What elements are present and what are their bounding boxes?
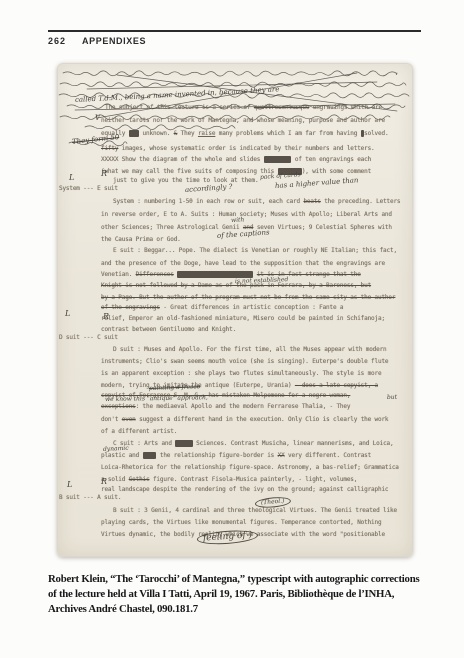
handwritten-annotation: L: [69, 173, 74, 182]
typescript-line: and the presence of the Doge, have lead …: [101, 260, 385, 267]
typescript-photo: The subject of this lecture is a series …: [57, 63, 413, 557]
handwritten-annotation: with: [231, 216, 245, 224]
typescript-line: in reverse order, E to A. Suits : Human …: [101, 211, 392, 218]
typescript-line: of a different artist.: [101, 428, 177, 435]
figure-caption: Robert Klein, “The ‘Tarocchi’ of Mantegn…: [48, 572, 419, 617]
typescript-line: E suit : Beggar... Pope. The dialect is …: [113, 247, 397, 254]
typescript-line: D suit : Muses and Apollo. For the first…: [113, 346, 387, 353]
caption-line: Archives André Chastel, 090.181.7: [48, 602, 419, 617]
handwritten-annotation: R: [101, 477, 107, 486]
typescript-line: by a Page. But the author of the program…: [101, 294, 395, 301]
margin-suit-label: D suit --- C suit: [59, 334, 118, 341]
margin-suit-label: System --- E suit: [59, 185, 118, 192]
caption-line: of the lecture held at Villa I Tatti, Ap…: [48, 587, 419, 602]
page-number: 262: [48, 36, 66, 46]
running-head-rule: [48, 30, 421, 32]
typescript-line: the Causa Prima or God.: [101, 236, 181, 243]
typescript-line: real landscape despite the rendering of …: [101, 486, 388, 493]
typescript-line: just to give you the time to look at the…: [113, 177, 258, 184]
handwritten-annotation: but: [387, 394, 397, 401]
typescript-line: instruments; Clio's swan seems mouth voi…: [101, 358, 388, 365]
handwritten-annotation: dynamic: [103, 445, 129, 453]
handwritten-annotation: R: [103, 312, 109, 321]
typescript-line: a solid Gothic figure. Contrast Fisola-M…: [101, 476, 357, 483]
typescript-line: XXXXX Show the diagram of the whole and …: [101, 156, 371, 163]
typescript-line: equally AAA unknown. & They raise many p…: [101, 130, 388, 137]
typescript-line: (what we may call the five suits of comp…: [101, 168, 371, 175]
running-head: 262APPENDIXES: [48, 36, 146, 46]
typescript-line: exceptions: the mediaeval Apollo and the…: [101, 403, 350, 410]
typescript-line: fifty images, whose systematic order is …: [101, 145, 375, 152]
handwritten-annotation: L: [65, 309, 70, 318]
typescript-line: contrast between Gentiluomo and Knight.: [101, 326, 236, 333]
typescript-line: don't even suggest a different hand in t…: [101, 416, 388, 423]
typescript-line: relief, Emperor an old-fashioned miniatu…: [101, 315, 385, 322]
typescript-line: is an apparent exception : she plays two…: [101, 370, 381, 377]
typescript-line: playing cards, the Virtues like monument…: [101, 519, 381, 526]
typescript-line: C suit : Arts and XXXXX Sciences. Contra…: [113, 440, 393, 447]
margin-suit-label: B suit --- A suit.: [59, 494, 121, 501]
typescript-line: of the engravings - Great differences in…: [101, 304, 343, 311]
typescript-line: Venetian. Differences XXXXXXXXXXXXXXXXXX…: [101, 271, 361, 278]
handwritten-annotation: L: [67, 480, 72, 489]
book-page: 262APPENDIXES The subject of this lectur…: [0, 0, 464, 658]
typescript-line: plastic and XXXX the relationship figure…: [101, 452, 371, 459]
typescript-line: System : numbering 1-50 in each row or s…: [113, 198, 400, 205]
handwritten-annotation: R: [101, 169, 107, 178]
typescript-line: The subject of this lecture is a series …: [105, 104, 382, 111]
caption-line: Robert Klein, “The ‘Tarocchi’ of Mantegn…: [48, 572, 419, 587]
typescript-line: modern, trying to imitate the antique (E…: [101, 382, 378, 389]
typescript-line: B suit : 3 Genii, 4 cardinal and three t…: [113, 507, 397, 514]
typescript-line: Loica-Rhetorica for the relationship fig…: [101, 464, 399, 471]
section-title: APPENDIXES: [82, 36, 146, 46]
handwritten-annotation: V: [95, 114, 100, 122]
typescript-line: neither tarots nor the work of Mantegna,…: [101, 117, 385, 124]
